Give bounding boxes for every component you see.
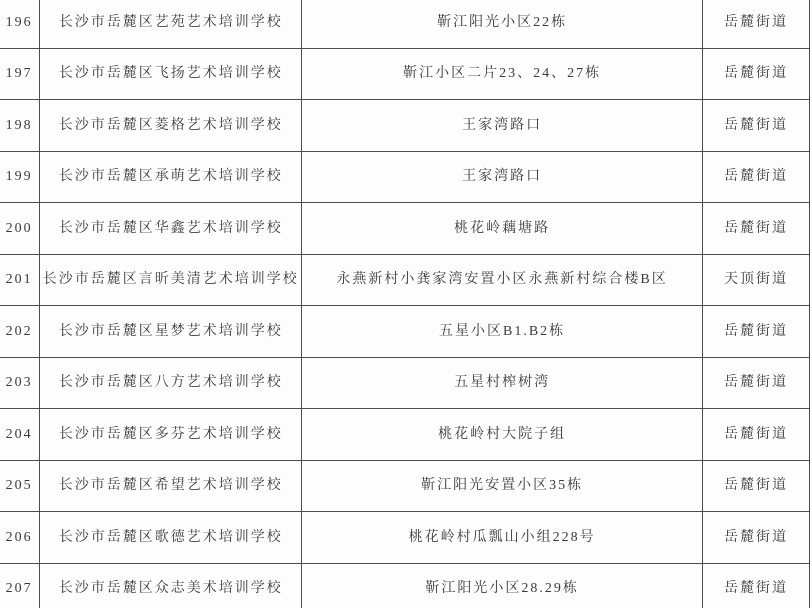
district-cell: 岳麓街道 xyxy=(703,357,810,409)
school-name-cell: 长沙市岳麓区飞扬艺术培训学校 xyxy=(40,48,302,100)
address-cell: 桃花岭村大院子组 xyxy=(302,409,703,461)
address-cell: 永燕新村小龚家湾安置小区永燕新村综合楼B区 xyxy=(302,254,703,306)
table-row: 199 长沙市岳麓区承萌艺术培训学校 王家湾路口 岳麓街道 xyxy=(0,151,810,203)
district-cell: 岳麓街道 xyxy=(703,460,810,512)
row-number-cell: 207 xyxy=(0,563,40,608)
address-cell: 靳江阳光安置小区35栋 xyxy=(302,460,703,512)
school-name-cell: 长沙市岳麓区艺苑艺术培训学校 xyxy=(40,0,302,48)
table-row: 202 长沙市岳麓区星梦艺术培训学校 五星小区B1.B2栋 岳麓街道 xyxy=(0,306,810,358)
table-row: 206 长沙市岳麓区歌德艺术培训学校 桃花岭村瓜瓢山小组228号 岳麓街道 xyxy=(0,512,810,564)
row-number-cell: 198 xyxy=(0,100,40,152)
row-number-cell: 206 xyxy=(0,512,40,564)
school-name-cell: 长沙市岳麓区言昕美清艺术培训学校 xyxy=(40,254,302,306)
row-number-cell: 200 xyxy=(0,203,40,255)
address-cell: 靳江阳光小区22栋 xyxy=(302,0,703,48)
school-name-cell: 长沙市岳麓区歌德艺术培训学校 xyxy=(40,512,302,564)
schools-table-body: 196 长沙市岳麓区艺苑艺术培训学校 靳江阳光小区22栋 岳麓街道 197 长沙… xyxy=(0,0,810,608)
row-number-cell: 196 xyxy=(0,0,40,48)
document-page: 196 长沙市岳麓区艺苑艺术培训学校 靳江阳光小区22栋 岳麓街道 197 长沙… xyxy=(0,0,812,608)
table-row: 203 长沙市岳麓区八方艺术培训学校 五星村榨树湾 岳麓街道 xyxy=(0,357,810,409)
district-cell: 岳麓街道 xyxy=(703,512,810,564)
district-cell: 岳麓街道 xyxy=(703,409,810,461)
school-name-cell: 长沙市岳麓区众志美术培训学校 xyxy=(40,563,302,608)
table-row: 205 长沙市岳麓区希望艺术培训学校 靳江阳光安置小区35栋 岳麓街道 xyxy=(0,460,810,512)
table-row: 197 长沙市岳麓区飞扬艺术培训学校 靳江小区二片23、24、27栋 岳麓街道 xyxy=(0,48,810,100)
schools-table: 196 长沙市岳麓区艺苑艺术培训学校 靳江阳光小区22栋 岳麓街道 197 长沙… xyxy=(0,0,810,608)
row-number-cell: 201 xyxy=(0,254,40,306)
school-name-cell: 长沙市岳麓区星梦艺术培训学校 xyxy=(40,306,302,358)
address-cell: 王家湾路口 xyxy=(302,100,703,152)
district-cell: 岳麓街道 xyxy=(703,151,810,203)
school-name-cell: 长沙市岳麓区承萌艺术培训学校 xyxy=(40,151,302,203)
row-number-cell: 199 xyxy=(0,151,40,203)
address-cell: 靳江阳光小区28.29栋 xyxy=(302,563,703,608)
district-cell: 岳麓街道 xyxy=(703,0,810,48)
table-row: 200 长沙市岳麓区华鑫艺术培训学校 桃花岭藕塘路 岳麓街道 xyxy=(0,203,810,255)
school-name-cell: 长沙市岳麓区八方艺术培训学校 xyxy=(40,357,302,409)
row-number-cell: 204 xyxy=(0,409,40,461)
address-cell: 桃花岭藕塘路 xyxy=(302,203,703,255)
district-cell: 岳麓街道 xyxy=(703,100,810,152)
row-number-cell: 203 xyxy=(0,357,40,409)
address-cell: 王家湾路口 xyxy=(302,151,703,203)
row-number-cell: 202 xyxy=(0,306,40,358)
table-row: 207 长沙市岳麓区众志美术培训学校 靳江阳光小区28.29栋 岳麓街道 xyxy=(0,563,810,608)
address-cell: 五星小区B1.B2栋 xyxy=(302,306,703,358)
table-row: 204 长沙市岳麓区多芬艺术培训学校 桃花岭村大院子组 岳麓街道 xyxy=(0,409,810,461)
address-cell: 靳江小区二片23、24、27栋 xyxy=(302,48,703,100)
address-cell: 五星村榨树湾 xyxy=(302,357,703,409)
district-cell: 天顶街道 xyxy=(703,254,810,306)
school-name-cell: 长沙市岳麓区多芬艺术培训学校 xyxy=(40,409,302,461)
district-cell: 岳麓街道 xyxy=(703,203,810,255)
school-name-cell: 长沙市岳麓区希望艺术培训学校 xyxy=(40,460,302,512)
school-name-cell: 长沙市岳麓区菱格艺术培训学校 xyxy=(40,100,302,152)
school-name-cell: 长沙市岳麓区华鑫艺术培训学校 xyxy=(40,203,302,255)
address-cell: 桃花岭村瓜瓢山小组228号 xyxy=(302,512,703,564)
row-number-cell: 205 xyxy=(0,460,40,512)
table-row: 201 长沙市岳麓区言昕美清艺术培训学校 永燕新村小龚家湾安置小区永燕新村综合楼… xyxy=(0,254,810,306)
district-cell: 岳麓街道 xyxy=(703,48,810,100)
table-row: 198 长沙市岳麓区菱格艺术培训学校 王家湾路口 岳麓街道 xyxy=(0,100,810,152)
row-number-cell: 197 xyxy=(0,48,40,100)
table-row: 196 长沙市岳麓区艺苑艺术培训学校 靳江阳光小区22栋 岳麓街道 xyxy=(0,0,810,48)
district-cell: 岳麓街道 xyxy=(703,563,810,608)
district-cell: 岳麓街道 xyxy=(703,306,810,358)
